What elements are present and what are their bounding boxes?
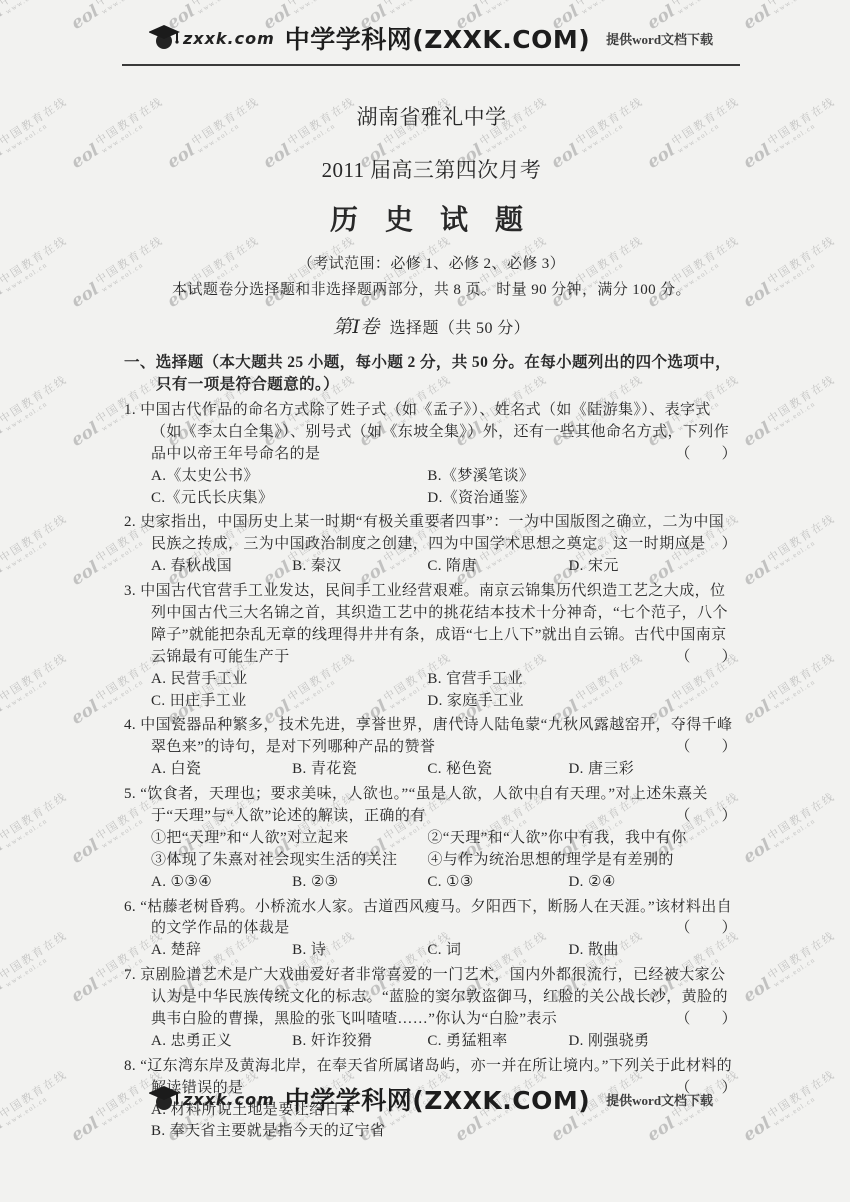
- subitem: ③体现了朱熹对社会现实生活的关注: [151, 850, 427, 872]
- question-subitems: ①把“天理”和“人欲”对立起来②“天理”和“人欲”你中有我，我中有你③体现了朱熹…: [124, 828, 739, 872]
- section-name: 选择题（共 50 分）: [390, 320, 530, 337]
- exam-note: 本试题卷分选择题和非选择题两部分，共 8 页。时量 90 分钟，满分 100 分…: [124, 280, 739, 302]
- section-volume: 第Ⅰ卷: [333, 317, 380, 338]
- answer-bracket: （ ）: [675, 647, 737, 669]
- questions-list: 1. 中国古代作品的命名方式除了姓子式（如《孟子》）、姓名式（如《陆游集》）、表…: [124, 400, 739, 1143]
- question-options: A. 民营手工业B. 官营手工业C. 田庄手工业D. 家庭手工业: [124, 669, 739, 713]
- subitem: ①把“天理”和“人欲”对立起来: [151, 828, 427, 850]
- question-stem: 7. 京剧脸谱艺术是广大戏曲爱好者非常喜爱的一门艺术，国内外都很流行，已经被大家…: [124, 965, 739, 1031]
- question: 7. 京剧脸谱艺术是广大戏曲爱好者非常喜爱的一门艺术，国内外都很流行，已经被大家…: [124, 965, 739, 1053]
- question-stem: 4. 中国瓷器品种繁多，技术先进，享誉世界，唐代诗人陆龟蒙“九秋风露越窑开，夺得…: [124, 715, 739, 759]
- question: 6. “枯藤老树昏鸦。小桥流水人家。古道西风瘦马。夕阳西下，断肠人在天涯。”该材…: [124, 897, 739, 963]
- answer-bracket: （ ）: [675, 444, 737, 466]
- option: B. 青花瓷: [292, 759, 427, 781]
- site-name: 中学学科网(ZXXK.COM): [285, 1081, 590, 1117]
- graduation-cap-icon: [149, 24, 181, 52]
- option: C. 词: [427, 940, 568, 962]
- option: B. 奉天省主要就是指今天的辽宁省: [151, 1121, 739, 1143]
- option: D. ②④: [568, 872, 739, 894]
- exam-document: 湖南省雅礼中学 2011 届高三第四次月考 历 史 试 题 （考试范围：必修 1…: [124, 102, 739, 1143]
- zxxk-logo: zxxk.com: [149, 24, 275, 52]
- answer-bracket: （ ）: [675, 806, 737, 828]
- section-heading: 第Ⅰ卷选择题（共 50 分）: [124, 314, 739, 342]
- option: C. 勇猛粗率: [427, 1031, 568, 1053]
- option: A.《太史公书》: [151, 466, 427, 488]
- zxxk-logo-footer: zxxk.com: [149, 1085, 275, 1113]
- part-one-heading: 一、选择题（本大题共 25 小题，每小题 2 分，共 50 分。在每小题列出的四…: [124, 352, 739, 397]
- option: B. 秦汉: [292, 556, 427, 578]
- footer-brand-bar: zxxk.com 中学学科网(ZXXK.COM) 提供word文档下载: [122, 1081, 740, 1117]
- option: B.《梦溪笔谈》: [427, 466, 739, 488]
- scanned-exam-page: eol中国教育在线www.eol.cneol中国教育在线www.eol.cneo…: [0, 0, 850, 1202]
- page-content: zxxk.com 中学学科网(ZXXK.COM) 提供word文档下载 湖南省雅…: [0, 0, 850, 1143]
- graduation-cap-icon: [149, 1085, 181, 1113]
- question-options: A.《太史公书》B.《梦溪笔谈》C.《元氏长庆集》D.《资治通鉴》: [124, 466, 739, 510]
- option: C. 田庄手工业: [151, 691, 427, 713]
- question: 3. 中国古代官营手工业发达，民间手工业经营艰难。南京云锦集历代织造工艺之大成，…: [124, 581, 739, 712]
- question-stem: 3. 中国古代官营手工业发达，民间手工业经营艰难。南京云锦集历代织造工艺之大成，…: [124, 581, 739, 669]
- question-stem: 1. 中国古代作品的命名方式除了姓子式（如《孟子》）、姓名式（如《陆游集》）、表…: [124, 400, 739, 466]
- option: A. 白瓷: [151, 759, 292, 781]
- option: A. 民营手工业: [151, 669, 427, 691]
- option: A. 春秋战国: [151, 556, 292, 578]
- download-tagline: 提供word文档下载: [606, 29, 713, 48]
- subitem: ②“天理”和“人欲”你中有我，我中有你: [427, 828, 739, 850]
- question: 5. “饮食者，天理也；要求美味，人欲也。”“虽是人欲，人欲中自有天理。”对上述…: [124, 784, 739, 893]
- question-stem: 6. “枯藤老树昏鸦。小桥流水人家。古道西风瘦马。夕阳西下，断肠人在天涯。”该材…: [124, 897, 739, 941]
- option: B. 诗: [292, 940, 427, 962]
- question-options: A. 楚辞B. 诗C. 词D. 散曲: [124, 940, 739, 962]
- answer-bracket: （ ）: [675, 1009, 737, 1031]
- site-name: 中学学科网(ZXXK.COM): [285, 20, 590, 56]
- question-stem: 5. “饮食者，天理也；要求美味，人欲也。”“虽是人欲，人欲中自有天理。”对上述…: [124, 784, 739, 828]
- exam-scope: （考试范围：必修 1、必修 2、必修 3）: [124, 254, 739, 276]
- option: D. 唐三彩: [568, 759, 739, 781]
- subitem: ④与作为统治思想的理学是有差别的: [427, 850, 739, 872]
- question-options: A. 春秋战国B. 秦汉C. 隋唐D. 宋元: [124, 556, 739, 578]
- option: C. 秘色瓷: [427, 759, 568, 781]
- option: B. 官营手工业: [427, 669, 739, 691]
- question-options: A. 忠勇正义B. 奸诈狡猾C. 勇猛粗率D. 刚强骁勇: [124, 1031, 739, 1053]
- option: D.《资治通鉴》: [427, 488, 739, 510]
- option: D. 散曲: [568, 940, 739, 962]
- option: D. 家庭手工业: [427, 691, 739, 713]
- subject-title: 历 史 试 题: [124, 201, 739, 242]
- option: A. ①③④: [151, 872, 292, 894]
- option: C. ①③: [427, 872, 568, 894]
- option: C. 隋唐: [427, 556, 568, 578]
- answer-bracket: （ ）: [675, 737, 737, 759]
- option: A. 忠勇正义: [151, 1031, 292, 1053]
- exam-title: 2011 届高三第四次月考: [124, 155, 739, 186]
- option: A. 楚辞: [151, 940, 292, 962]
- answer-bracket: （ ）: [675, 534, 737, 556]
- option: C.《元氏长庆集》: [151, 488, 427, 510]
- download-tagline: 提供word文档下载: [606, 1090, 713, 1109]
- option: B. ②③: [292, 872, 427, 894]
- answer-bracket: （ ）: [675, 918, 737, 940]
- question-stem: 2. 史家指出，中国历史上某一时期“有极关重要者四事”：一为中国版图之确立，二为…: [124, 512, 739, 556]
- zxxk-logo-text: zxxk.com: [183, 1090, 275, 1109]
- option: B. 奸诈狡猾: [292, 1031, 427, 1053]
- question: 1. 中国古代作品的命名方式除了姓子式（如《孟子》）、姓名式（如《陆游集》）、表…: [124, 400, 739, 509]
- question-options: A. 白瓷B. 青花瓷C. 秘色瓷D. 唐三彩: [124, 759, 739, 781]
- question-options: A. ①③④B. ②③C. ①③D. ②④: [124, 872, 739, 894]
- option: D. 宋元: [568, 556, 739, 578]
- header-brand-bar: zxxk.com 中学学科网(ZXXK.COM) 提供word文档下载: [122, 0, 740, 66]
- school-title: 湖南省雅礼中学: [124, 102, 739, 133]
- zxxk-logo-text: zxxk.com: [183, 29, 275, 48]
- option: D. 刚强骁勇: [568, 1031, 739, 1053]
- question: 4. 中国瓷器品种繁多，技术先进，享誉世界，唐代诗人陆龟蒙“九秋风露越窑开，夺得…: [124, 715, 739, 781]
- question: 2. 史家指出，中国历史上某一时期“有极关重要者四事”：一为中国版图之确立，二为…: [124, 512, 739, 578]
